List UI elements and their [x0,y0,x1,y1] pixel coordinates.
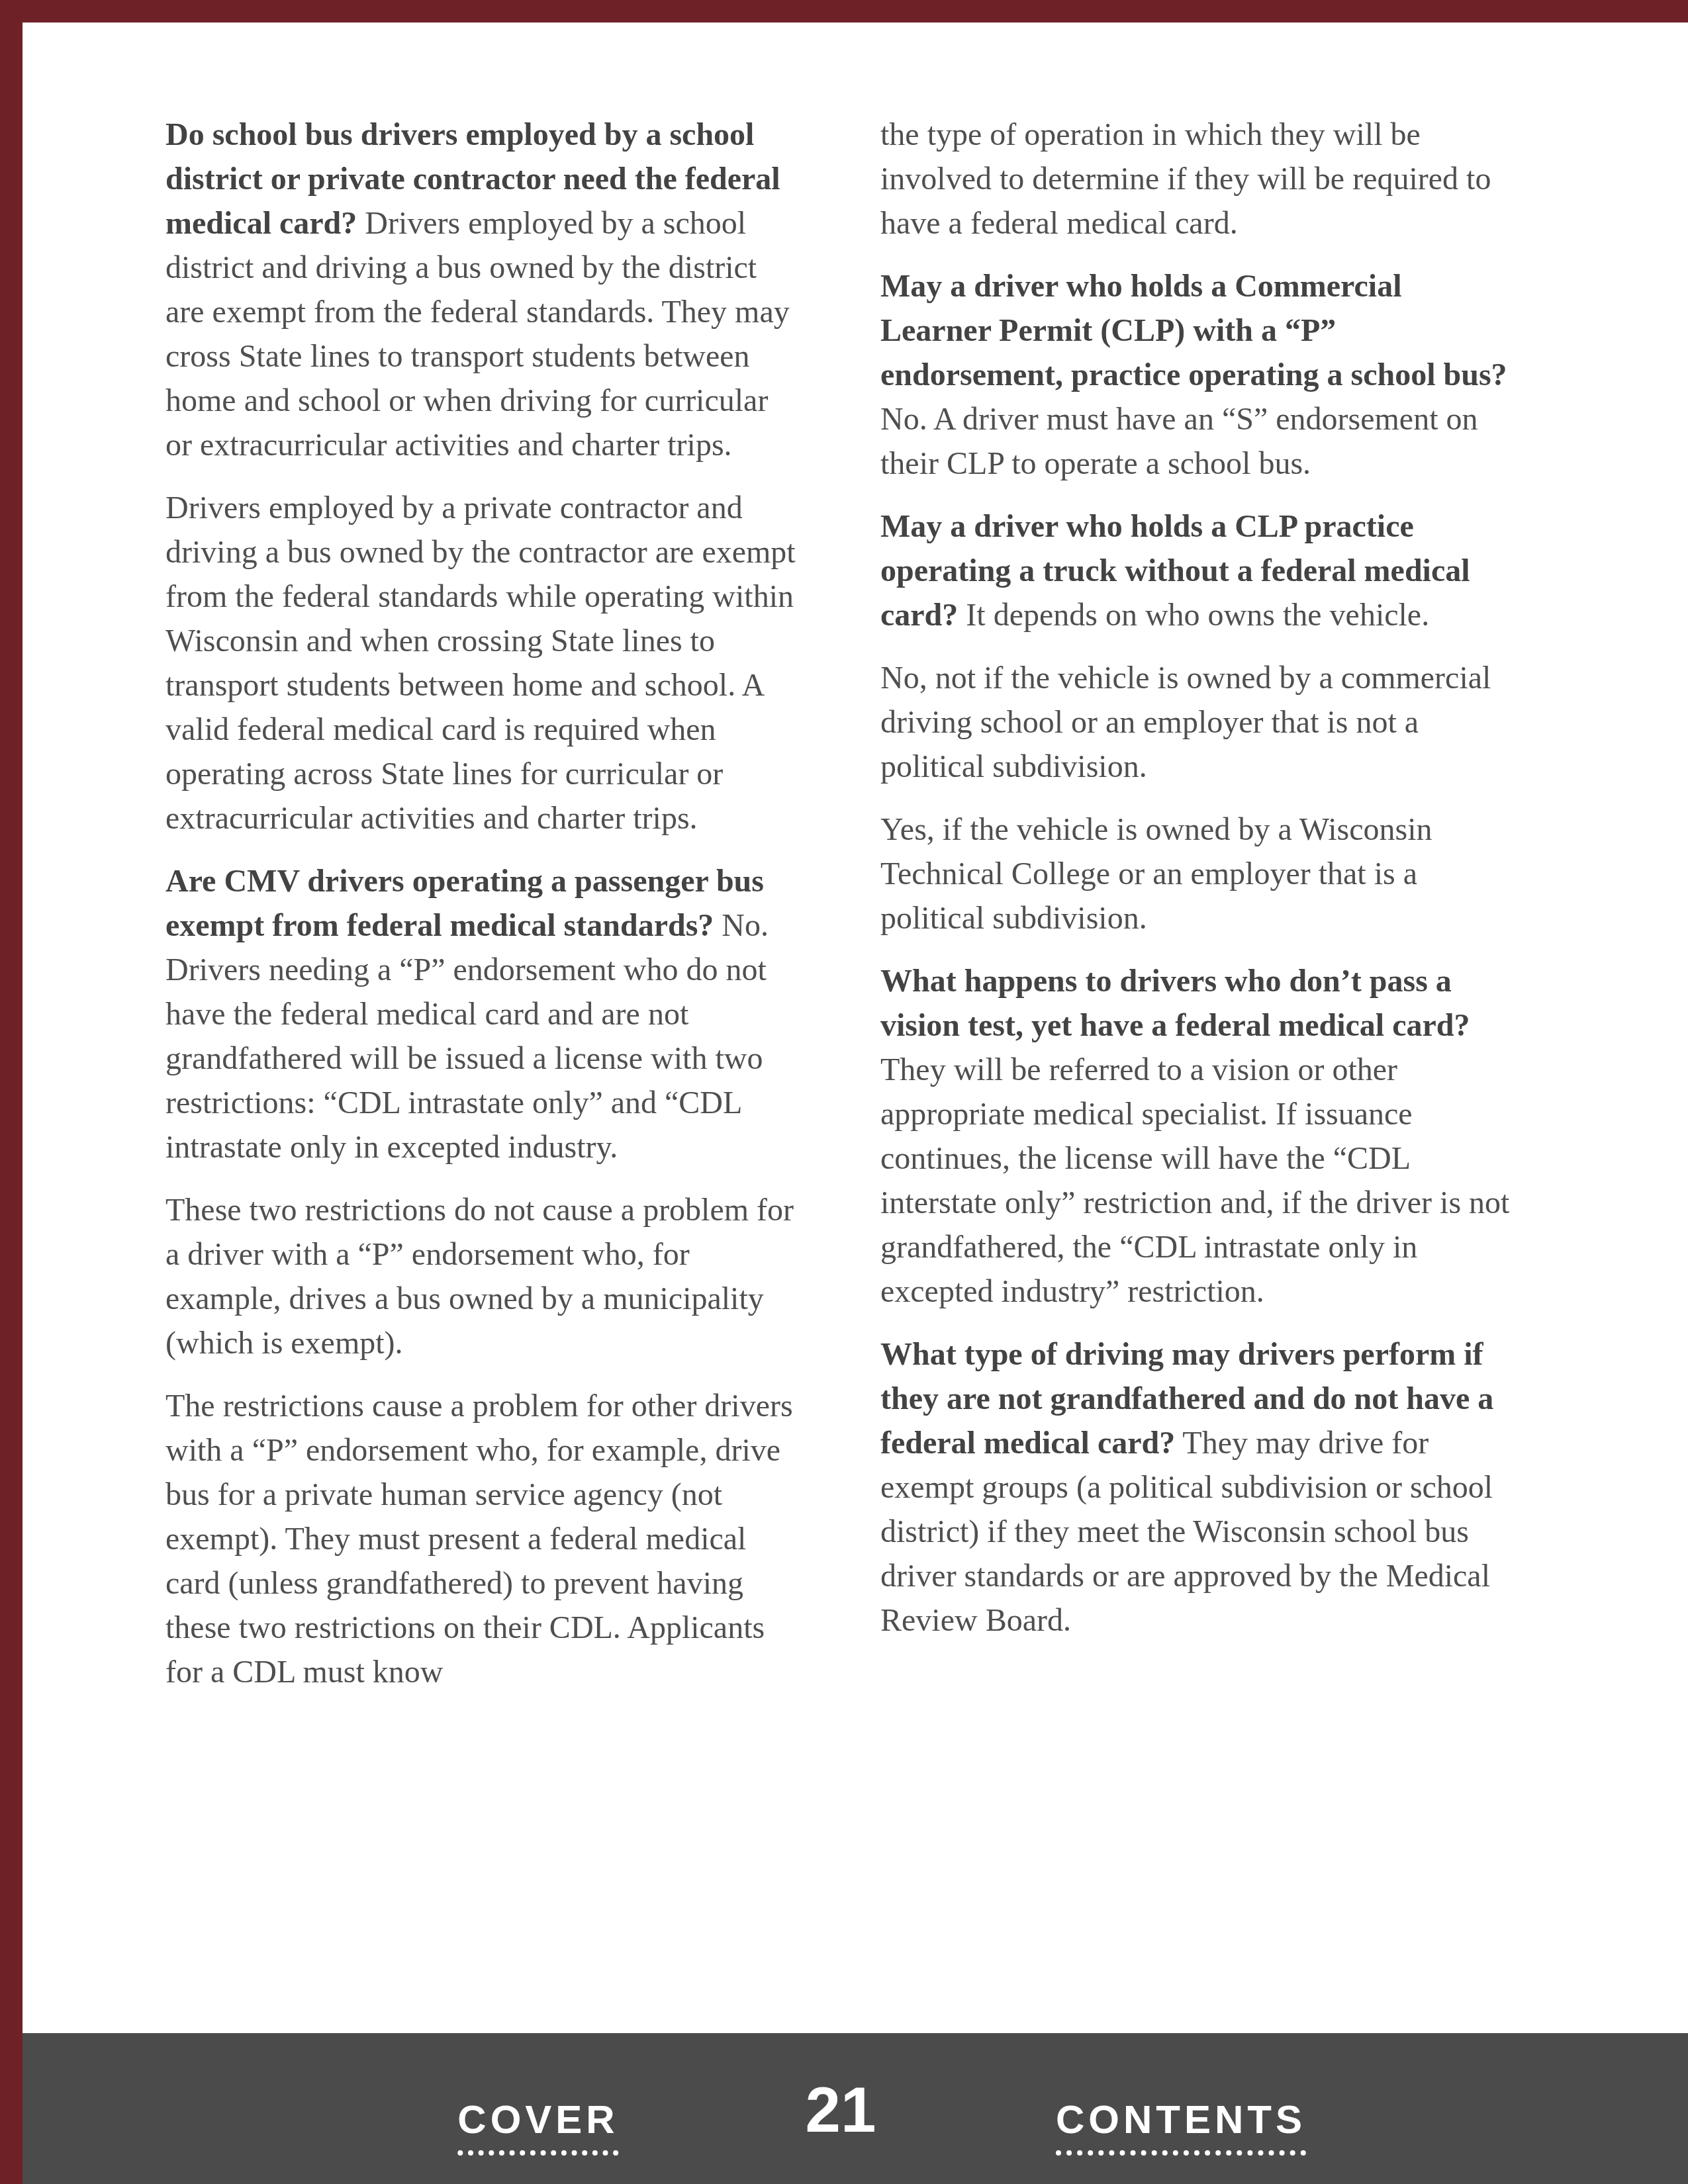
question-lead: May a driver who holds a CLP practice op… [880,509,1470,633]
paragraph: Do school bus drivers employed by a scho… [165,113,801,467]
paragraph: Drivers employed by a private contractor… [165,486,801,841]
paragraph: No, not if the vehicle is owned by a com… [880,656,1519,789]
contents-link[interactable]: CONTENTS [1056,2097,1306,2156]
paragraph: May a driver who holds a Commercial Lear… [880,264,1519,486]
question-lead: Do school bus drivers employed by a scho… [165,117,780,241]
question-lead: Are CMV drivers operating a passenger bu… [165,864,764,943]
paragraph: These two restrictions do not cause a pr… [165,1188,801,1365]
question-lead: May a driver who holds a Commercial Lear… [880,269,1507,392]
paragraph: The restrictions cause a problem for oth… [165,1384,801,1694]
page-left-border [0,0,23,2184]
question-lead: What happens to drivers who don’t pass a… [880,964,1470,1043]
paragraph: Are CMV drivers operating a passenger bu… [165,859,801,1169]
footer-bar: COVER 21 CONTENTS [0,2033,1688,2184]
paragraph: What happens to drivers who don’t pass a… [880,959,1519,1314]
left-column: Do school bus drivers employed by a scho… [165,113,801,1713]
paragraph: What type of driving may drivers perform… [880,1332,1519,1643]
cover-link[interactable]: COVER [457,2097,618,2156]
page-top-border [0,0,1688,23]
paragraph: Yes, if the vehicle is owned by a Wiscon… [880,807,1519,940]
paragraph: May a driver who holds a CLP practice op… [880,504,1519,637]
right-column: the type of operation in which they will… [880,113,1519,1661]
page-number: 21 [806,2074,876,2147]
question-lead: What type of driving may drivers perform… [880,1337,1493,1461]
paragraph: the type of operation in which they will… [880,113,1519,246]
